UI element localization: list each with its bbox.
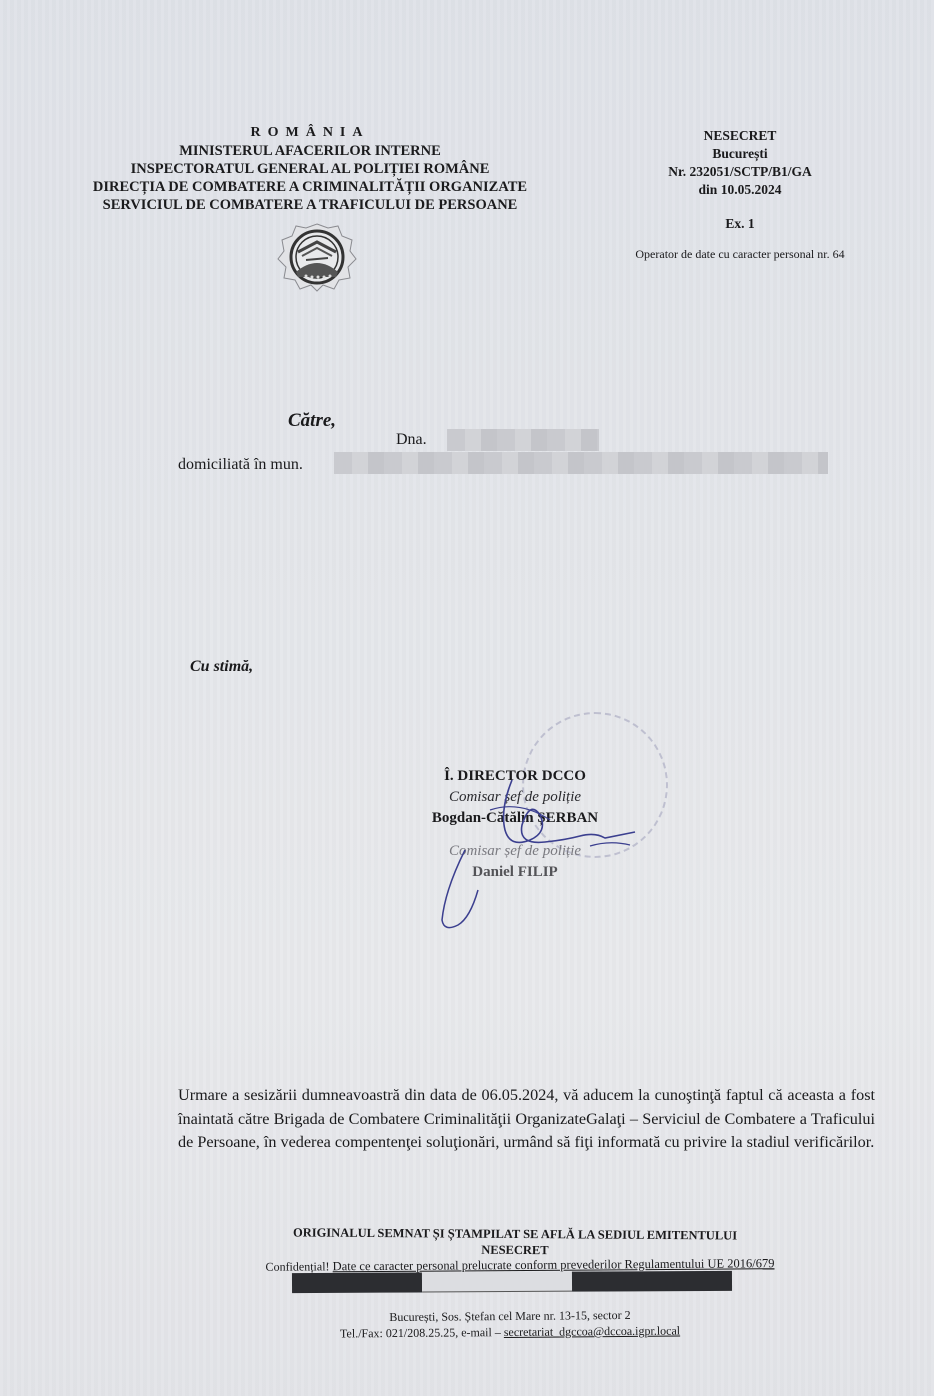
document-meta: NESECRET București Nr. 232051/SCTP/B1/GA… bbox=[600, 127, 880, 263]
registration-number: Nr. 232051/SCTP/B1/GA bbox=[600, 163, 880, 181]
data-operator-note: Operator de date cu caracter personal nr… bbox=[600, 245, 880, 263]
document-page: ROMÂNIA MINISTERUL AFACERILOR INTERNE IN… bbox=[0, 0, 934, 1396]
email-link[interactable]: secretariat_dgccoa@dccoa.igpr.local bbox=[504, 1324, 680, 1340]
header-inspectorate: INSPECTORATUL GENERAL AL POLIȚIEI ROMÂNE bbox=[60, 160, 560, 178]
footer-original-note: ORIGINALUL SEMNAT ȘI ȘTAMPILAT SE AFLĂ L… bbox=[230, 1224, 800, 1260]
tricolor-bars bbox=[292, 1271, 732, 1293]
addressee-address-label: domiciliată în mun. bbox=[178, 456, 303, 474]
header-service: SERVICIUL DE COMBATERE A TRAFICULUI DE P… bbox=[60, 196, 560, 214]
salutation: Către, bbox=[288, 410, 336, 432]
letter-body: Urmare a sesizării dumneavoastră din dat… bbox=[186, 542, 883, 613]
header-country: ROMÂNIA bbox=[60, 124, 560, 142]
copy-number: Ex. 1 bbox=[600, 215, 880, 233]
contact-line: Tel./Fax: 021/208.25.25, e-mail – secret… bbox=[290, 1322, 730, 1342]
signatory-rank: Comisar șef de poliție bbox=[400, 787, 630, 808]
bar-left bbox=[292, 1272, 422, 1293]
institution-header: ROMÂNIA MINISTERUL AFACERILOR INTERNE IN… bbox=[60, 124, 560, 214]
signature-block: Î. DIRECTOR DCCO Comisar șef de poliție … bbox=[400, 766, 630, 883]
classification-label: NESECRET bbox=[600, 127, 880, 145]
redacted-address bbox=[334, 452, 828, 474]
bar-right bbox=[572, 1271, 732, 1292]
issue-city: București bbox=[600, 145, 880, 163]
header-ministry: MINISTERUL AFACERILOR INTERNE bbox=[60, 142, 560, 160]
header-directorate: DIRECȚIA DE COMBATERE A CRIMINALITĂȚII O… bbox=[60, 178, 560, 196]
phone-fax: Tel./Fax: 021/208.25.25, e-mail – bbox=[340, 1325, 504, 1340]
issue-date: din 10.05.2024 bbox=[600, 181, 880, 199]
closing-formula: Cu stimă, bbox=[190, 658, 253, 676]
redacted-name bbox=[447, 429, 599, 451]
second-signatory-name: Daniel FILIP bbox=[400, 862, 630, 883]
addressee-name-label: Dna. bbox=[396, 431, 427, 449]
police-emblem-icon bbox=[276, 222, 358, 292]
footer-contact: București, Sos. Ștefan cel Mare nr. 13-1… bbox=[290, 1306, 730, 1342]
confidential-word: Confidențial! bbox=[265, 1259, 329, 1273]
signatory-title: Î. DIRECTOR DCCO bbox=[400, 766, 630, 787]
bar-middle bbox=[422, 1272, 572, 1293]
body-paragraph: Urmare a sesizării dumneavoastră din dat… bbox=[178, 1084, 875, 1155]
signatory-name: Bogdan-Cătălin ȘERBAN bbox=[400, 808, 630, 829]
second-signatory-rank: Comisar șef de poliție bbox=[400, 841, 630, 862]
